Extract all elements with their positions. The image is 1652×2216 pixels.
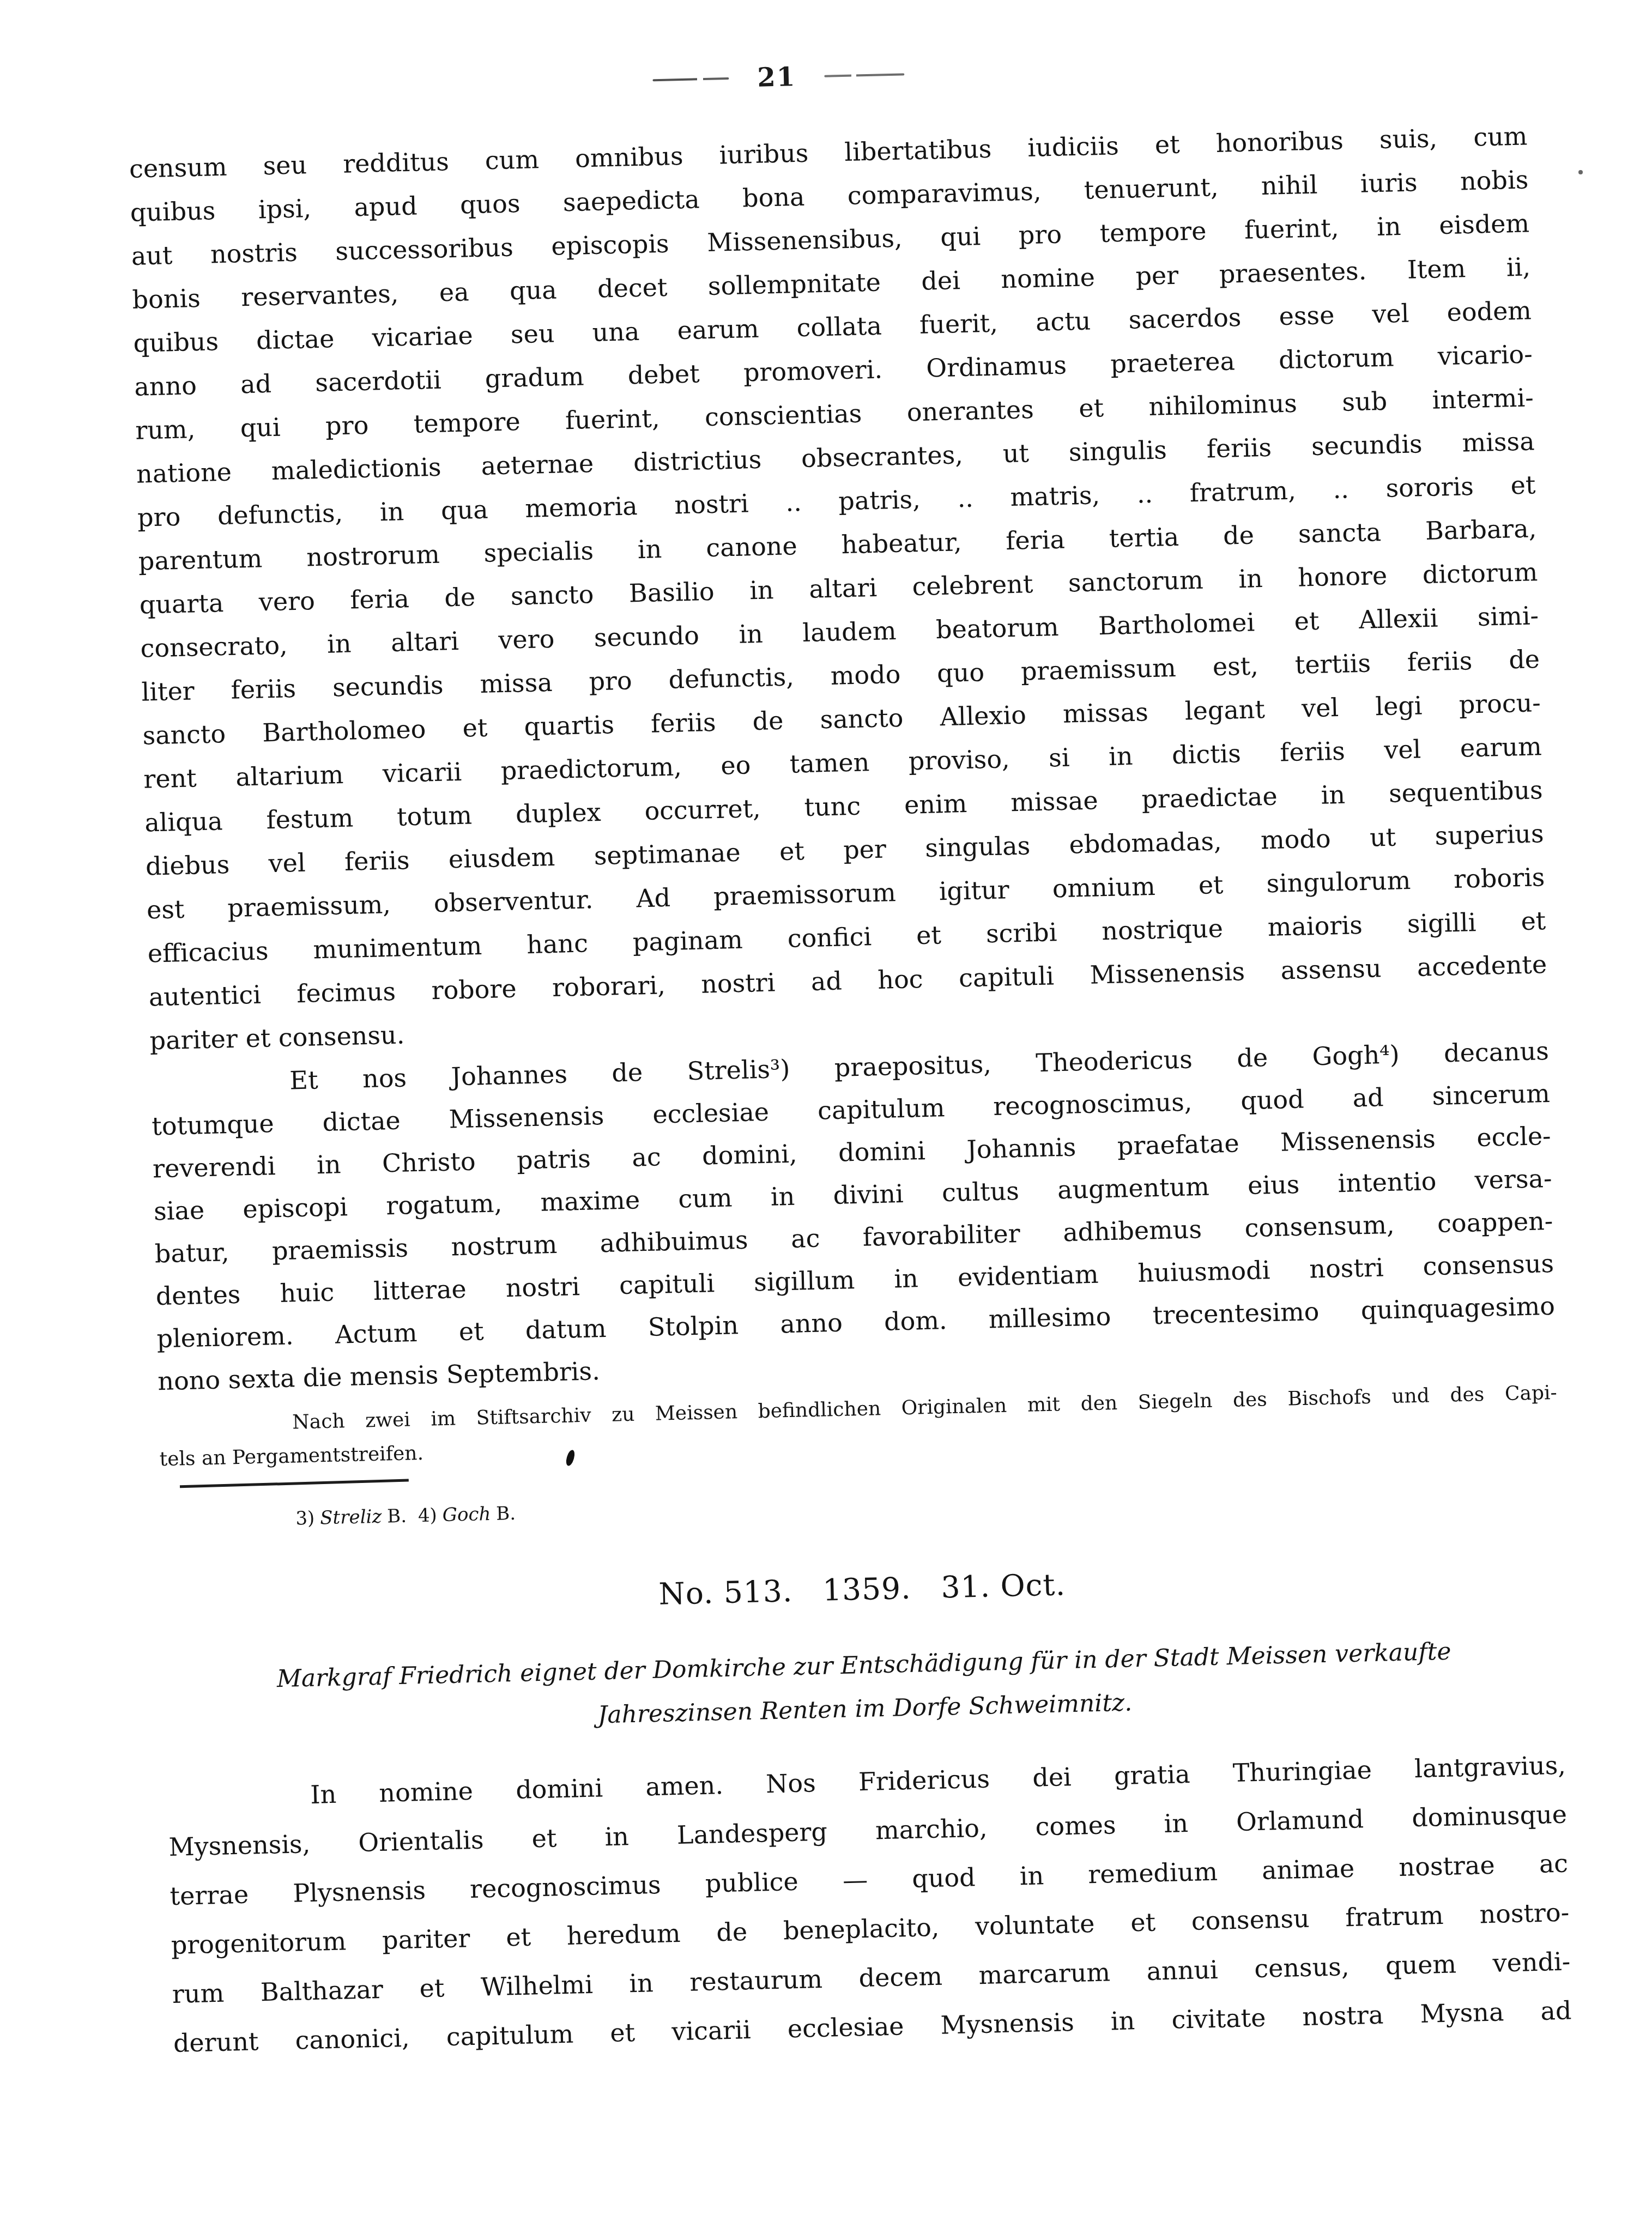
ink-dot <box>1578 170 1583 174</box>
footnote-source-b: B. <box>387 1505 407 1528</box>
footnote: 3)StrelizB. 4)GochB. <box>161 1477 1559 1534</box>
charter-number: No. 513. <box>658 1573 793 1612</box>
charter-date: 31. Oct. <box>941 1567 1066 1605</box>
header-dash-left <box>652 77 729 81</box>
footnote-source-b: B. <box>496 1503 516 1525</box>
charter-513-regest: Markgraf Friedrich eignet der Domkirche … <box>164 1627 1564 1747</box>
footnote-variant-goch: Goch <box>442 1503 491 1526</box>
charter-512-attestation: Et nos Johannes de Strelis³) praepositus… <box>150 1030 1557 1402</box>
page-content: 21 censum seu redditus cum omnibus iurib… <box>127 44 1572 2068</box>
page-number: 21 <box>757 62 796 93</box>
footnote-separator-rule <box>180 1479 409 1488</box>
charter-year: 1359. <box>822 1571 911 1608</box>
scanned-book-page: 21 censum seu redditus cum omnibus iurib… <box>0 0 1652 2216</box>
charter-512-text: censum seu redditus cum omnibus iuribus … <box>129 114 1548 1063</box>
footnote-variant-streliz: Streliz <box>320 1506 382 1529</box>
footnote-marker-4: 4) <box>417 1504 437 1527</box>
footnote-marker-3: 3) <box>295 1507 315 1530</box>
running-head: 21 <box>79 45 1478 110</box>
header-dash-right <box>824 73 904 77</box>
charter-513-text: In nomine domini amen. Nos Fridericus de… <box>167 1741 1572 2068</box>
charter-513-heading: No. 513.1359.31. Oct. <box>162 1553 1562 1625</box>
